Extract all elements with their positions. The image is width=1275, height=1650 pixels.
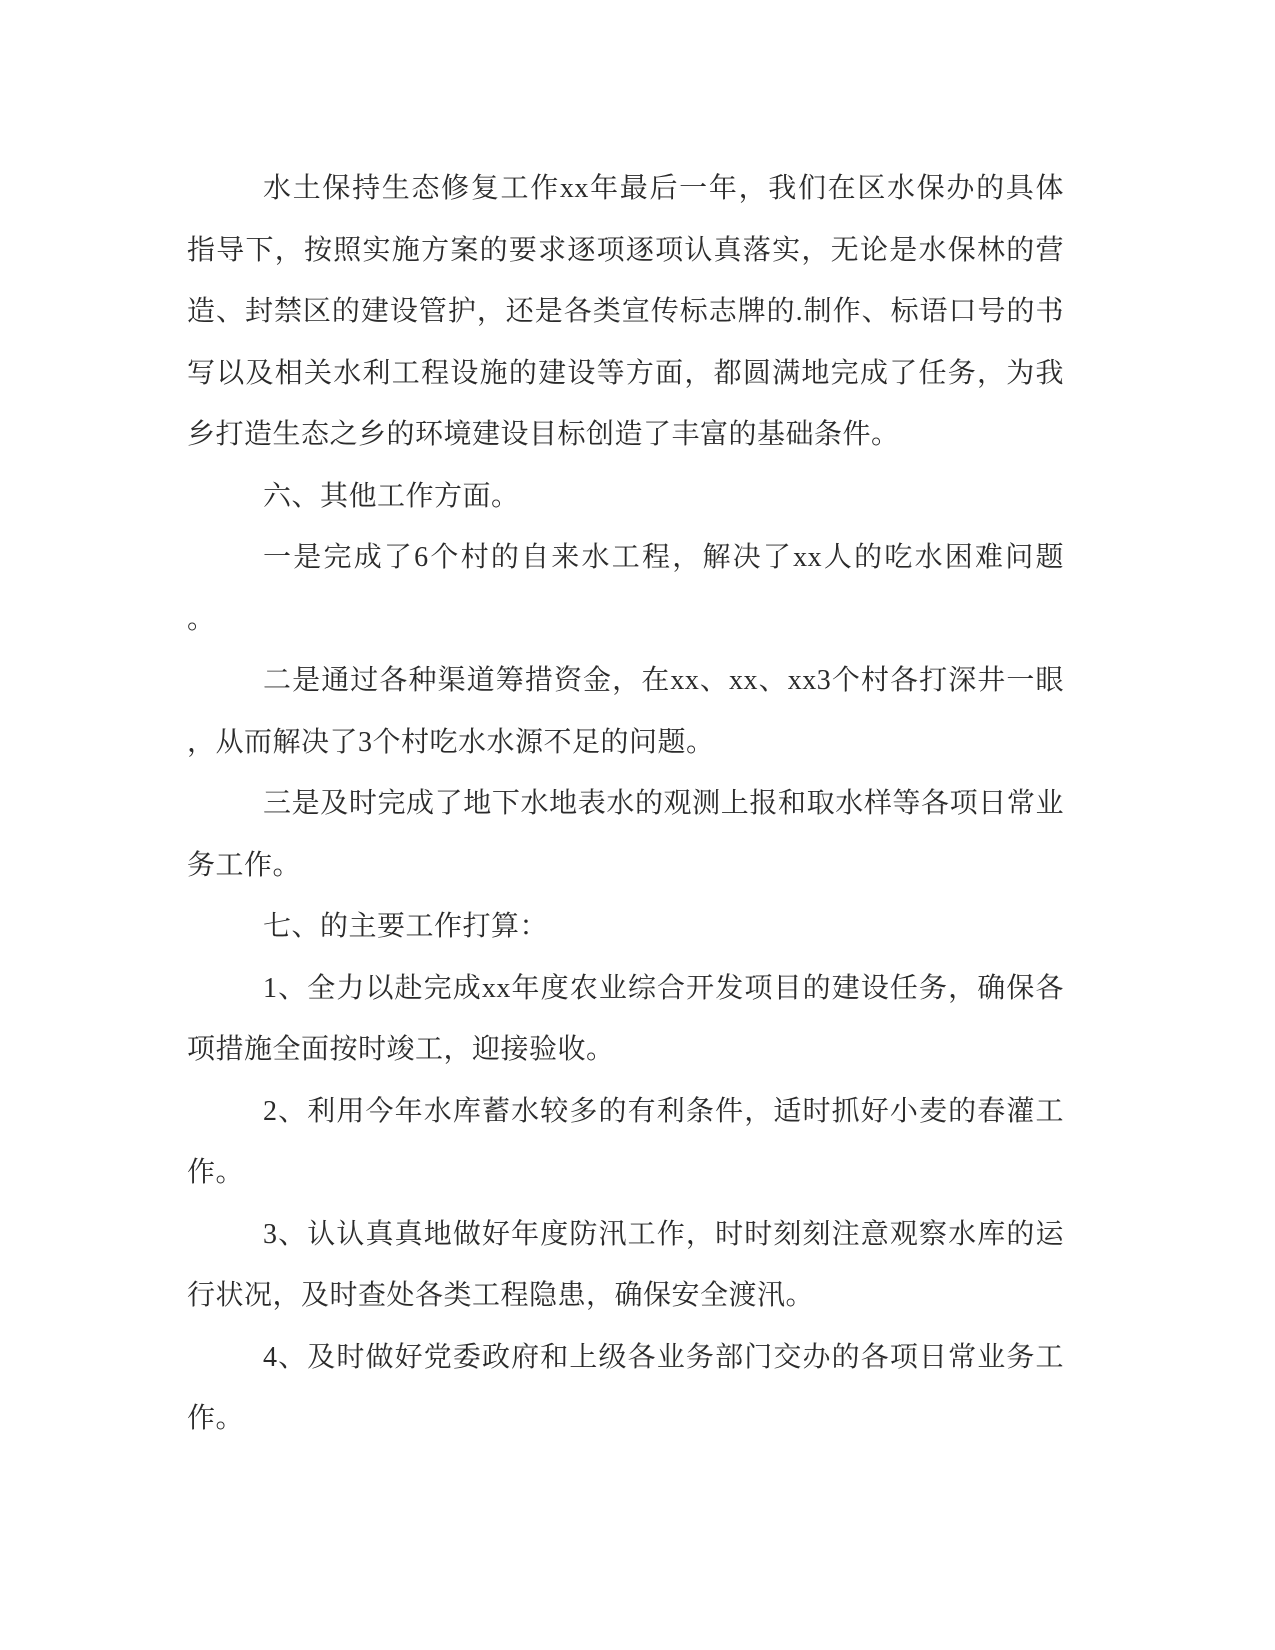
text-line: 3、认认真真地做好年度防汛工作，时时刻刻注意观察水库的运: [187, 1204, 1064, 1266]
text-line: ，从而解决了3个村吃水水源不足的问题。: [187, 712, 1064, 774]
text-line: 三是及时完成了地下水地表水的观测上报和取水样等各项日常业: [187, 773, 1064, 835]
document-page: 水土保持生态修复工作xx年最后一年，我们在区水保办的具体 指导下，按照实施方案的…: [0, 0, 1275, 1650]
text-line: 2、利用今年水库蓄水较多的有利条件，适时抓好小麦的春灌工: [187, 1081, 1064, 1143]
section-heading-line: 六、其他工作方面。: [187, 466, 1064, 528]
text-line: 务工作。: [187, 835, 1064, 897]
text-line: 4、及时做好党委政府和上级各业务部门交办的各项日常业务工: [187, 1327, 1064, 1389]
text-line: 项措施全面按时竣工，迎接验收。: [187, 1019, 1064, 1081]
text-line: 乡打造生态之乡的环境建设目标创造了丰富的基础条件。: [187, 404, 1064, 466]
text-line: 指导下，按照实施方案的要求逐项逐项认真落实，无论是水保林的营: [187, 220, 1064, 282]
section-heading-line: 七、的主要工作打算：: [187, 896, 1064, 958]
text-line: 写以及相关水利工程设施的建设等方面，都圆满地完成了任务，为我: [187, 343, 1064, 405]
text-line: 水土保持生态修复工作xx年最后一年，我们在区水保办的具体: [187, 158, 1064, 220]
text-line: 作。: [187, 1142, 1064, 1204]
text-line: 作。: [187, 1388, 1064, 1450]
text-line: 1、全力以赴完成xx年度农业综合开发项目的建设任务，确保各: [187, 958, 1064, 1020]
text-line: 一是完成了6个村的自来水工程，解决了xx人的吃水困难问题: [187, 527, 1064, 589]
text-line: 二是通过各种渠道筹措资金，在xx、xx、xx3个村各打深井一眼: [187, 650, 1064, 712]
document-text-block: 水土保持生态修复工作xx年最后一年，我们在区水保办的具体 指导下，按照实施方案的…: [187, 158, 1064, 1450]
text-line: 。: [187, 589, 1064, 651]
text-line: 行状况，及时查处各类工程隐患，确保安全渡汛。: [187, 1265, 1064, 1327]
text-line: 造、封禁区的建设管护，还是各类宣传标志牌的.制作、标语口号的书: [187, 281, 1064, 343]
